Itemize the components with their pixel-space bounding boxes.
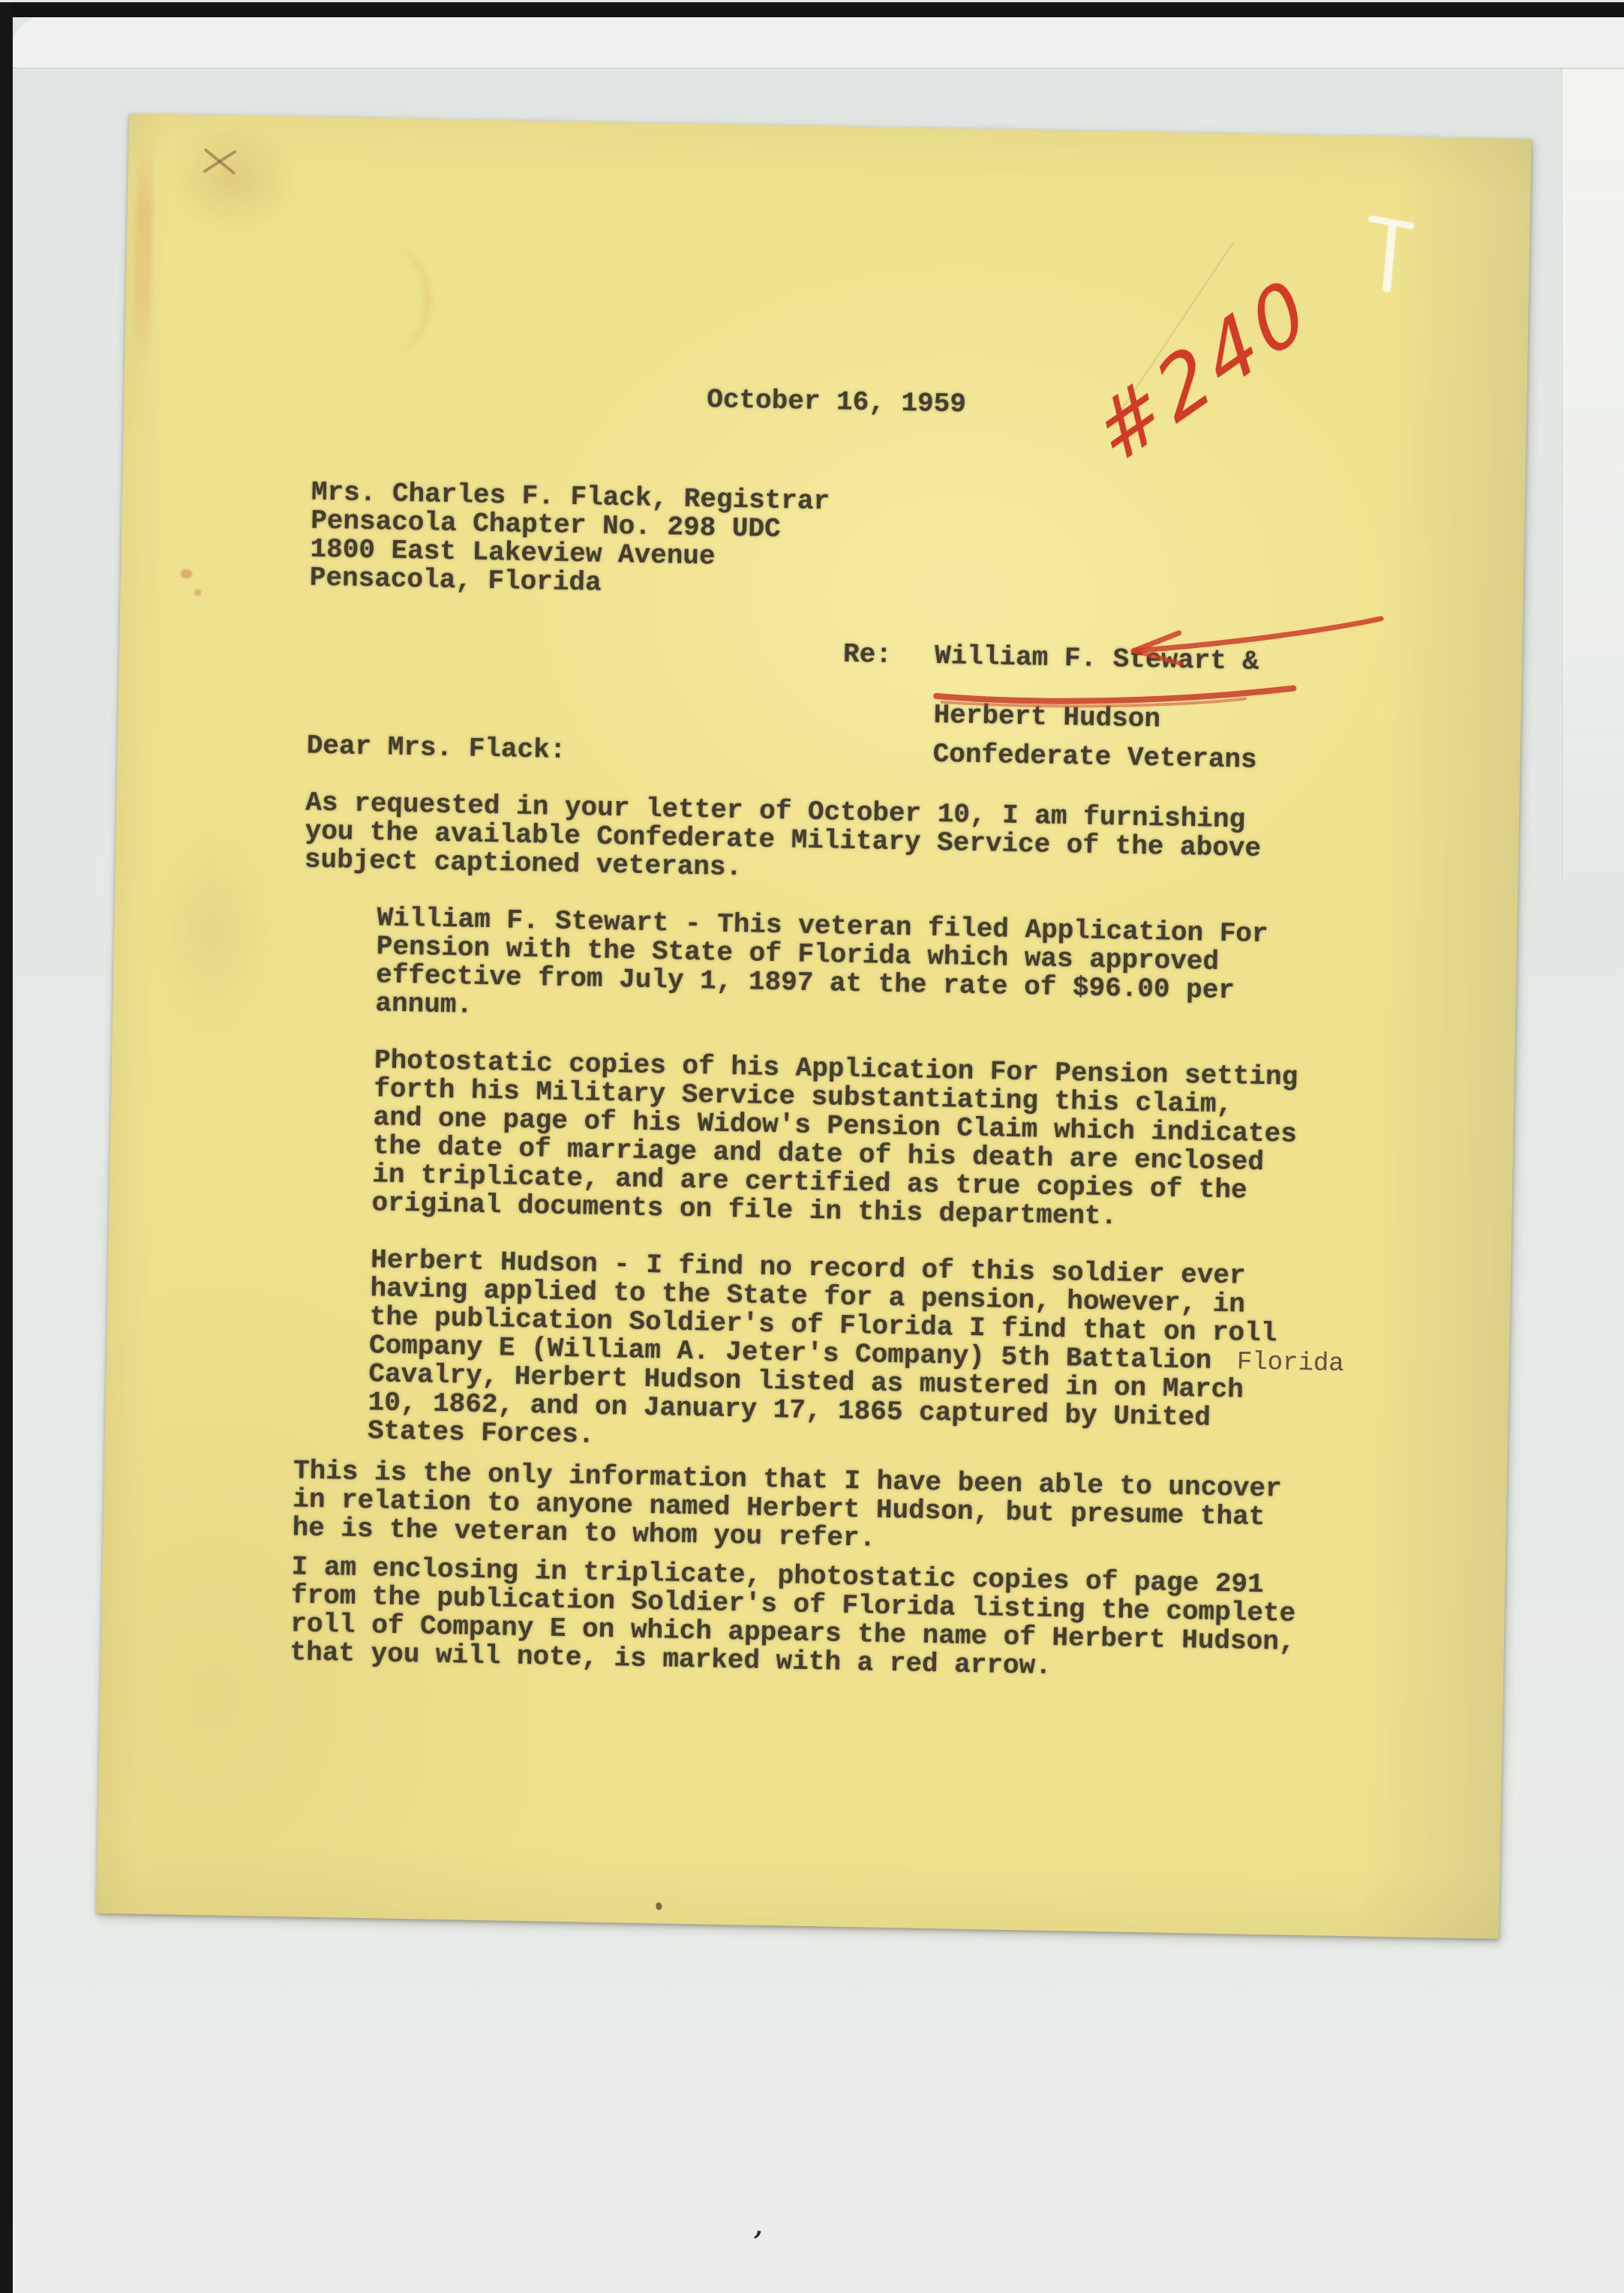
- scan-stage: ’ October 16, 1959 Mrs. Charles F. Flack…: [0, 0, 1624, 2293]
- paper-crease-line: [1115, 240, 1233, 422]
- letter-paper: October 16, 1959 Mrs. Charles F. Flack, …: [96, 113, 1532, 1939]
- backing-sheet-right-edge: [1562, 17, 1624, 879]
- scanner-edge-left: [0, 2, 13, 2293]
- red-arrow-barb-lower: [1133, 651, 1181, 664]
- red-underline: [936, 682, 1293, 706]
- red-pen-marks: [96, 113, 1532, 1939]
- scanned-letter-screenshot: { "colors": { "paper": "#efe28e", "typew…: [0, 0, 1624, 2293]
- scanner-edge-top: [0, 2, 1624, 17]
- backing-sheet-top-edge: [12, 17, 1624, 69]
